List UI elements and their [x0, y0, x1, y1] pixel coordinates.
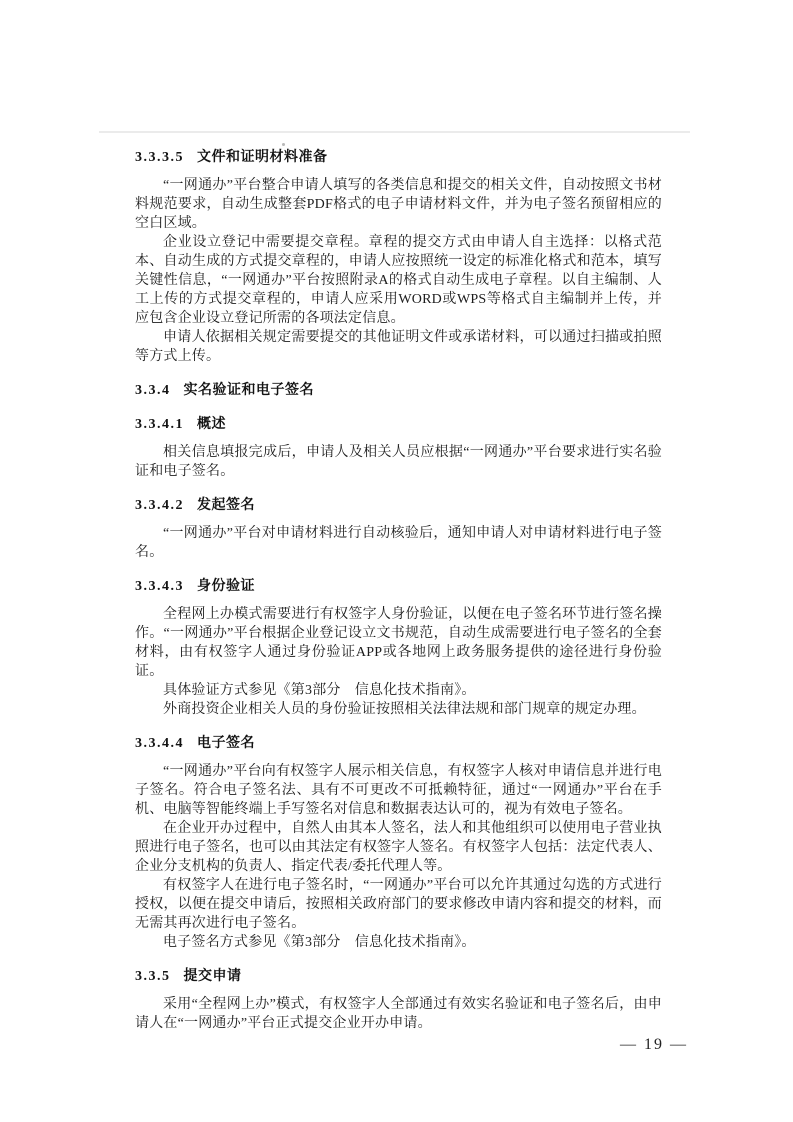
section-title: 文件和证明材料准备: [197, 148, 328, 164]
section-number: 3.3.4: [135, 383, 171, 398]
scan-artifact-dot: [282, 143, 285, 146]
section-title: 身份验证: [197, 577, 255, 593]
section-title: 概述: [197, 415, 226, 431]
paragraph: 企业设立登记中需要提交章程。章程的提交方式由申请人自主选择：以格式范本、自动生成…: [135, 233, 662, 328]
paragraph: 申请人依据相关规定需要提交的其他证明文件或承诺材料，可以通过扫描或拍照等方式上传…: [135, 328, 662, 366]
section-title: 提交申请: [184, 967, 242, 983]
section-number: 3.3.3.5: [135, 150, 184, 165]
section-heading-3-3-5: 3.3.5提交申请: [135, 966, 662, 986]
scan-edge-line: [99, 131, 690, 133]
section-number: 3.3.4.1: [135, 417, 184, 432]
section-heading-3-3-4-3: 3.3.4.3身份验证: [135, 576, 662, 596]
paragraph: 在企业开办过程中，自然人由其本人签名，法人和其他组织可以使用电子营业执照进行电子…: [135, 819, 662, 876]
document-content: 3.3.3.5文件和证明材料准备 “一网通办”平台整合申请人填写的各类信息和提交…: [135, 147, 662, 1033]
paragraph: 具体验证方式参见《第3部分 信息化技术指南》。: [135, 681, 662, 700]
document-page: 3.3.3.5文件和证明材料准备 “一网通办”平台整合申请人填写的各类信息和提交…: [0, 0, 793, 1122]
section-title: 电子签名: [197, 734, 255, 750]
section-number: 3.3.4.3: [135, 579, 184, 594]
page-number: — 19 —: [610, 1036, 698, 1054]
paragraph: 全程网上办模式需要进行有权签字人身份验证，以便在电子签名环节进行签名操作。“一网…: [135, 605, 662, 681]
paragraph: 电子签名方式参见《第3部分 信息化技术指南》。: [135, 933, 662, 952]
section-number: 3.3.5: [135, 969, 171, 984]
paragraph: 有权签字人在进行电子签名时，“一网通办”平台可以允许其通过勾选的方式进行授权，以…: [135, 876, 662, 933]
paragraph: “一网通办”平台向有权签字人展示相关信息，有权签字人核对申请信息并进行电子签名。…: [135, 762, 662, 819]
section-number: 3.3.4.4: [135, 736, 184, 751]
paragraph: 相关信息填报完成后，申请人及相关人员应根据“一网通办”平台要求进行实名验证和电子…: [135, 443, 662, 481]
section-heading-3-3-4-4: 3.3.4.4电子签名: [135, 733, 662, 753]
paragraph: 采用“全程网上办”模式，有权签字人全部通过有效实名验证和电子签名后，由申请人在“…: [135, 995, 662, 1033]
section-heading-3-3-4: 3.3.4实名验证和电子签名: [135, 380, 662, 400]
section-heading-3-3-3-5: 3.3.3.5文件和证明材料准备: [135, 147, 662, 167]
paragraph: “一网通办”平台对申请材料进行自动核验后，通知申请人对申请材料进行电子签名。: [135, 524, 662, 562]
section-heading-3-3-4-1: 3.3.4.1概述: [135, 414, 662, 434]
paragraph: “一网通办”平台整合申请人填写的各类信息和提交的相关文件，自动按照文书材料规范要…: [135, 176, 662, 233]
section-title: 发起签名: [197, 496, 255, 512]
section-heading-3-3-4-2: 3.3.4.2发起签名: [135, 495, 662, 515]
section-title: 实名验证和电子签名: [184, 381, 315, 397]
paragraph: 外商投资企业相关人员的身份验证按照相关法律法规和部门规章的规定办理。: [135, 700, 662, 719]
section-number: 3.3.4.2: [135, 498, 184, 513]
